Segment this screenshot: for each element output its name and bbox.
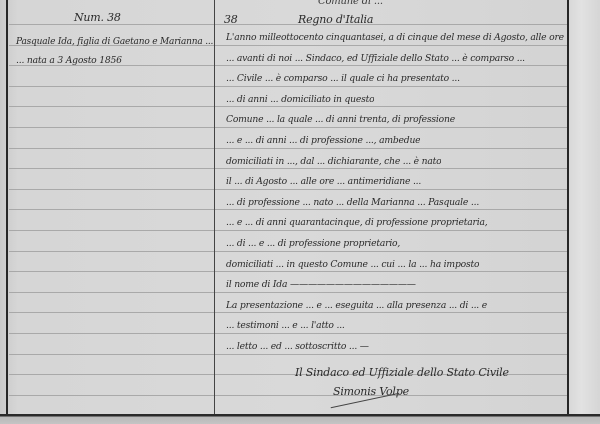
body-text-line: Comune ... la quale ... di anni trenta, … (226, 114, 455, 125)
document-scan: Num. 38 Pasquale Ida, figlia di Gaetano … (0, 0, 600, 424)
body-text-line: ... Civile ... è comparso ... il quale c… (226, 73, 460, 84)
ruled-line (9, 395, 567, 396)
body-text-line: ... letto ... ed ... sottoscritto ... — (226, 341, 369, 352)
body-text-line: ... e ... di anni quarantacinque, di pro… (226, 217, 487, 228)
body-text-line: ... di anni ... domiciliato in questo (226, 94, 374, 105)
body-text-line: ... di professione ... nato ... della Ma… (226, 197, 479, 208)
column-divider (214, 0, 215, 416)
body-text-line: il nome di Ida —————————————— (226, 279, 416, 290)
left-border (6, 0, 8, 416)
body-text-line: ... avanti di noi ... Sindaco, ed Uffizi… (226, 53, 525, 64)
signature-title: Il Sindaco ed Uffiziale dello Stato Civi… (295, 366, 509, 379)
ruled-line (9, 24, 567, 25)
ruled-line (9, 106, 567, 107)
ruled-line (9, 127, 567, 128)
ruled-line (9, 230, 567, 231)
margin-note-line: Pasquale Ida, figlia di Gaetano e Marian… (16, 36, 213, 47)
page-edge-strip (569, 0, 600, 424)
top-heading: Comune di ... (318, 0, 383, 7)
body-text-line: ... di ... e ... di professione propriet… (226, 238, 400, 249)
body-text-line: La presentazione ... e ... eseguita ... … (226, 300, 487, 311)
signature-name: Simonis Volpe (333, 385, 409, 398)
margin-note-line: ... nata a 3 Agosto 1856 (16, 55, 122, 66)
margin-record-number: Num. 38 (74, 11, 121, 24)
ruled-line (9, 189, 567, 190)
ruled-line (9, 168, 567, 169)
body-text-line: domiciliati in ..., dal ... dichiarante,… (226, 156, 441, 167)
ruled-line (9, 209, 567, 210)
bottom-edge (0, 414, 600, 424)
ruled-line (9, 292, 567, 293)
ruled-line (9, 148, 567, 149)
body-text-line: ... e ... di anni ... di professione ...… (226, 135, 420, 146)
ruled-line (9, 271, 567, 272)
body-text-line: ... testimoni ... e ... l'atto ... (226, 320, 345, 331)
ruled-line (9, 333, 567, 334)
body-text-line: il ... di Agosto ... alle ore ... antime… (226, 176, 421, 187)
ruled-line (9, 251, 567, 252)
body-text-line: domiciliati ... in questo Comune ... cui… (226, 259, 479, 270)
body-heading: Regno d'Italia (298, 13, 373, 26)
ruled-line (9, 354, 567, 355)
ruled-line (9, 312, 567, 313)
body-record-number: 38 (224, 13, 238, 26)
ruled-line (9, 86, 567, 87)
body-text-line: L'anno milleottocento cinquantasei, a di… (226, 32, 564, 43)
